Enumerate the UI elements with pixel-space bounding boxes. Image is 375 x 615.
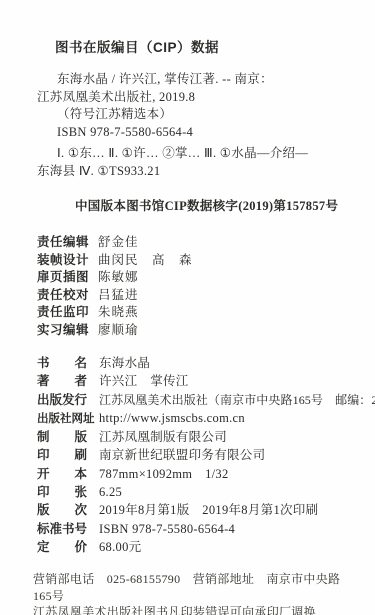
staff-row-illustrator: 扉页插图 陈敏娜: [37, 269, 347, 287]
cip-class-line-2: 东海县 Ⅳ. ①TS933.21: [37, 163, 347, 181]
cip-series-line: （符号江苏精选本）: [37, 106, 347, 124]
sales-footer: 营销部电话 025-68155790 营销部地址 南京市中央路165号 江苏凤凰…: [33, 571, 347, 615]
staff-value: 朱晓燕: [98, 304, 139, 322]
cip-isbn-line: ISBN 978-7-5580-6564-4: [37, 124, 347, 142]
book-value: 江苏凤凰美术出版社（南京市中央路165号 邮编：210009）: [99, 391, 375, 409]
book-label: 标准书号: [37, 520, 87, 538]
staff-label: 实习编辑: [37, 322, 91, 340]
book-row-edition: 版次 2019年8月第1版 2019年8月第1次印刷: [37, 501, 347, 519]
staff-row-editor: 责任编辑 舒金佳: [37, 234, 347, 252]
book-label: 开本: [37, 465, 87, 483]
book-value: 787mm×1092mm 1/32: [99, 465, 229, 483]
book-value: 2019年8月第1版 2019年8月第1次印刷: [99, 501, 318, 519]
book-info: 书名 东海水晶 著者 许兴江 掌传江 出版发行 江苏凤凰美术出版社（南京市中央路…: [37, 354, 347, 556]
staff-label: 装帧设计: [37, 252, 91, 270]
staff-row-proofreader: 责任校对 吕猛进: [37, 287, 347, 305]
book-row-authors: 著者 许兴江 掌传江: [37, 372, 347, 390]
staff-label: 责任校对: [37, 287, 91, 305]
book-label: 出版发行: [37, 391, 87, 409]
cip-record: 东海水晶 / 许兴江, 掌传江著. -- 南京： 江苏凤凰美术出版社, 2019…: [37, 71, 347, 141]
book-label: 印刷: [37, 446, 87, 464]
staff-label: 责任监印: [37, 304, 91, 322]
book-value: 江苏凤凰制版有限公司: [99, 428, 227, 446]
cip-publisher-line: 江苏凤凰美术出版社, 2019.8: [37, 89, 347, 107]
cip-title-line: 东海水晶 / 许兴江, 掌传江著. -- 南京：: [37, 71, 347, 89]
staff-credits: 责任编辑 舒金佳 装帧设计 曲闵民 高 森 扉页插图 陈敏娜 责任校对 吕猛进 …: [37, 234, 347, 339]
book-row-plate-making: 制版 江苏凤凰制版有限公司: [37, 428, 347, 446]
book-value: 南京新世纪联盟印务有限公司: [99, 446, 265, 464]
staff-value: 曲闵民 高 森: [98, 252, 193, 270]
book-row-printer: 印刷 南京新世纪联盟印务有限公司: [37, 446, 347, 464]
book-value: 许兴江 掌传江: [99, 372, 189, 390]
book-label: 版次: [37, 501, 87, 519]
book-value: 东海水晶: [99, 354, 150, 372]
book-label: 制版: [37, 428, 87, 446]
cip-class-line-1: Ⅰ. ①东… Ⅱ. ①许… ②掌… Ⅲ. ①水晶—介绍—: [37, 145, 347, 163]
misprint-exchange-line: 江苏凤凰美术出版社图书凡印装错误可向承印厂调换: [33, 604, 347, 615]
staff-label: 责任编辑: [37, 234, 91, 252]
book-copyright-page: 图书在版编目（CIP）数据 东海水晶 / 许兴江, 掌传江著. -- 南京： 江…: [0, 0, 375, 615]
staff-value: 吕猛进: [98, 287, 139, 305]
staff-label: 扉页插图: [37, 269, 91, 287]
book-row-sheets: 印张 6.25: [37, 483, 347, 501]
book-label: 定价: [37, 538, 87, 556]
book-row-website: 出版社网址 http://www.jsmscbs.com.cn: [37, 409, 347, 428]
book-row-price: 定价 68.00元: [37, 538, 347, 556]
book-label: 著者: [37, 372, 87, 390]
book-row-format: 开本 787mm×1092mm 1/32: [37, 465, 347, 483]
book-value: 6.25: [99, 483, 122, 501]
sales-contact-line: 营销部电话 025-68155790 营销部地址 南京市中央路165号: [33, 571, 347, 604]
book-value: ISBN 978-7-5580-6564-4: [99, 520, 235, 538]
cip-header: 图书在版编目（CIP）数据: [55, 36, 347, 56]
staff-row-designer: 装帧设计 曲闵民 高 森: [37, 252, 347, 270]
book-value: http://www.jsmscbs.com.cn: [99, 409, 245, 427]
book-label: 出版社网址: [37, 410, 87, 428]
book-row-isbn: 标准书号 ISBN 978-7-5580-6564-4: [37, 520, 347, 538]
staff-value: 陈敏娜: [98, 269, 139, 287]
staff-row-intern-editor: 实习编辑 廖顺瑜: [37, 322, 347, 340]
book-value: 68.00元: [99, 538, 141, 556]
book-row-publisher: 出版发行 江苏凤凰美术出版社（南京市中央路165号 邮编：210009）: [37, 391, 347, 409]
staff-row-print-supervisor: 责任监印 朱晓燕: [37, 304, 347, 322]
staff-value: 廖顺瑜: [98, 322, 139, 340]
book-label: 印张: [37, 483, 87, 501]
staff-value: 舒金佳: [98, 234, 139, 252]
cip-registry-number: 中国版本图书馆CIP数据核字(2019)第157857号: [75, 196, 347, 214]
book-label: 书名: [37, 354, 87, 372]
book-row-title: 书名 东海水晶: [37, 354, 347, 372]
cip-classification: Ⅰ. ①东… Ⅱ. ①许… ②掌… Ⅲ. ①水晶—介绍— 东海县 Ⅳ. ①TS9…: [37, 145, 347, 180]
